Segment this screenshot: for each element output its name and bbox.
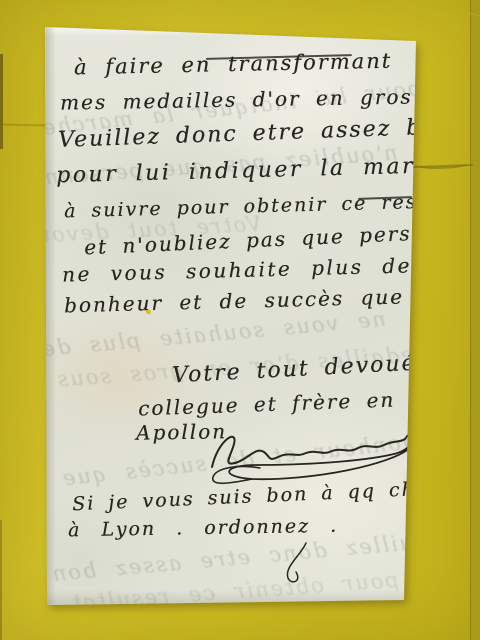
manuscript-paper-shadow: pour lui indiquer la marche et n'oubliez… [0, 0, 480, 640]
letter-postscript-line: à Lyon . ordonnez . [68, 515, 338, 542]
paper-speck [146, 310, 151, 314]
photo-of-letter: pour lui indiquer la marche et n'oubliez… [0, 0, 480, 640]
descender-flourish [268, 541, 328, 587]
manuscript-paper: pour lui indiquer la marche et n'oubliez… [0, 0, 480, 640]
